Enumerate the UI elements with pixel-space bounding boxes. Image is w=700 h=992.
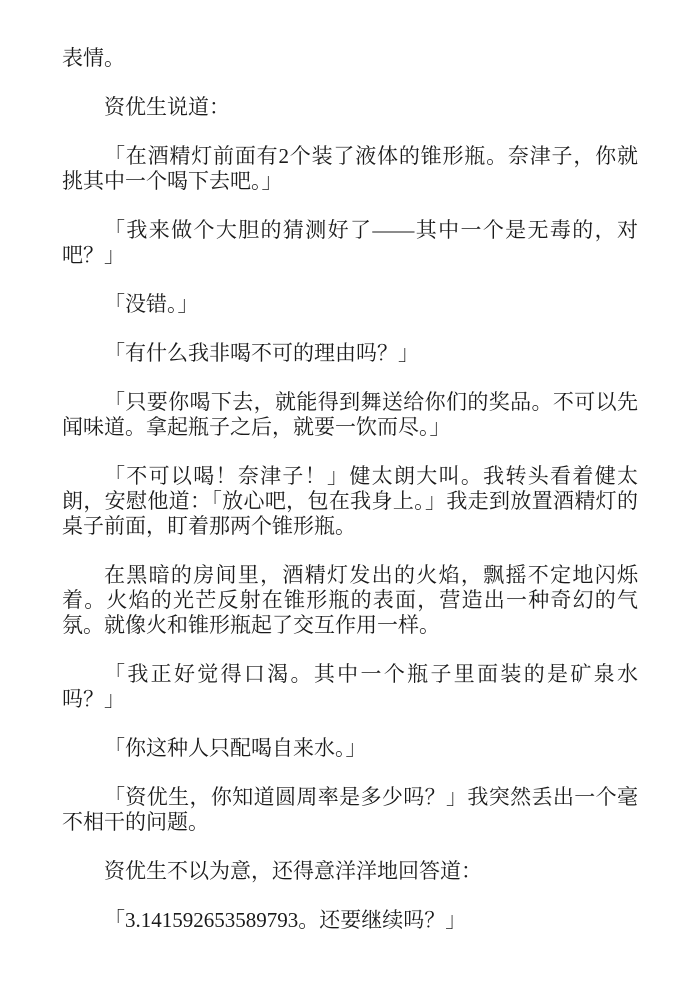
- body-text-paragraph: 「3.141592653589793。还要继续吗？」: [62, 908, 638, 933]
- body-text-paragraph: 在黑暗的房间里，酒精灯发出的火焰，飘摇不定地闪烁着。火焰的光芒反射在锥形瓶的表面…: [62, 563, 638, 638]
- body-text-paragraph: 「没错。」: [62, 292, 638, 317]
- book-page: 表情。 资优生说道： 「在酒精灯前面有2个装了液体的锥形瓶。奈津子，你就挑其中一…: [0, 0, 700, 992]
- body-text-paragraph: 「我正好觉得口渴。其中一个瓶子里面装的是矿泉水吗？」: [62, 662, 638, 712]
- body-text-paragraph: 「在酒精灯前面有2个装了液体的锥形瓶。奈津子，你就挑其中一个喝下去吧。」: [62, 144, 638, 194]
- body-text-paragraph: 「我来做个大胆的猜测好了——其中一个是无毒的，对吧？」: [62, 218, 638, 268]
- body-text-paragraph: 「只要你喝下去，就能得到舞送给你们的奖品。不可以先闻味道。拿起瓶子之后，就要一饮…: [62, 390, 638, 440]
- body-text-paragraph: 表情。: [62, 46, 638, 71]
- body-text-paragraph: 「资优生，你知道圆周率是多少吗？」我突然丢出一个毫不相干的问题。: [62, 785, 638, 835]
- body-text-paragraph: 「有什么我非喝不可的理由吗？」: [62, 341, 638, 366]
- body-text-paragraph: 资优生说道：: [62, 95, 638, 120]
- body-text-paragraph: 「你这种人只配喝自来水。」: [62, 736, 638, 761]
- body-text-paragraph: 资优生不以为意，还得意洋洋地回答道：: [62, 859, 638, 884]
- body-text-paragraph: 「不可以喝！奈津子！」健太朗大叫。我转头看着健太朗，安慰他道：「放心吧，包在我身…: [62, 464, 638, 539]
